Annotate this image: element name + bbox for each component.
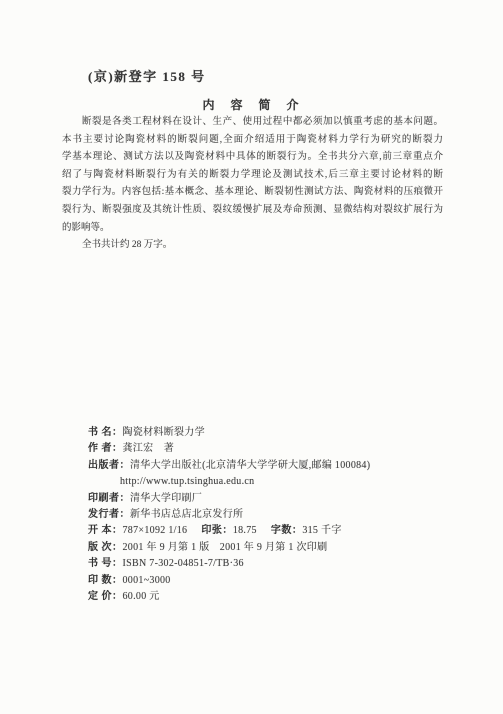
sheets-label: 印张： <box>201 525 233 536</box>
colophon-row-publisher: 出版者：清华大学出版社(北京清华大学学研大厦,邮编 100084) <box>88 458 458 474</box>
intro-line: 的影响等。 <box>62 220 443 238</box>
colophon-row-author: 作 者：龚江宏 著 <box>88 441 458 457</box>
registration-number: (京)新登字 158 号 <box>88 66 206 85</box>
author-name: 龚江宏 著 <box>123 443 175 454</box>
sheets-value: 18.75 <box>233 525 257 536</box>
printer-name: 清华大学印刷厂 <box>130 493 202 504</box>
word-count-label: 字数： <box>271 525 303 536</box>
row-label: 开 本： <box>88 525 123 536</box>
colophon-row-distributor: 发行者：新华书店总店北京发行所 <box>88 507 458 523</box>
publisher-name: 清华大学出版社(北京清华大学学研大厦,邮编 100084) <box>130 460 370 471</box>
intro-line: 学基本理论、测试方法以及陶瓷材料中具体的断裂行为。全书共分六章,前三章重点介 <box>62 149 443 167</box>
colophon-row-print-run: 印 数：0001~3000 <box>88 573 458 589</box>
colophon-row-format: 开 本：787×1092 1/16印张：18.75字数：315 千字 <box>88 523 458 539</box>
book-title: 陶瓷材料断裂力学 <box>123 427 205 438</box>
row-label: 定 价： <box>88 591 123 602</box>
isbn-value: ISBN 7-302-04851-7/TB·36 <box>123 558 244 569</box>
colophon: 书 名：陶瓷材料断裂力学 作 者：龚江宏 著 出版者：清华大学出版社(北京清华大… <box>88 425 458 605</box>
row-label: 作 者： <box>88 443 123 454</box>
colophon-row-isbn: 书 号：ISBN 7-302-04851-7/TB·36 <box>88 556 458 572</box>
colophon-row-title: 书 名：陶瓷材料断裂力学 <box>88 425 458 441</box>
row-label: 版 次： <box>88 542 123 553</box>
intro-line: 绍了与陶瓷材料断裂行为有关的断裂力学理论及测试技术,后三章主要讨论材料的断 <box>62 167 443 185</box>
row-label: 印刷者： <box>88 493 130 504</box>
colophon-row-edition: 版 次：2001 年 9 月第 1 版 2001 年 9 月第 1 次印刷 <box>88 540 458 556</box>
format-value: 787×1092 1/16 <box>123 525 188 536</box>
colophon-row-price: 定 价：60.00 元 <box>88 589 458 605</box>
intro-line: 裂力学行为。内容包括:基本概念、基本理论、断裂韧性测试方法、陶瓷材料的压痕微开 <box>62 184 443 202</box>
row-label: 发行者： <box>88 509 130 520</box>
row-label: 书 名： <box>88 427 123 438</box>
colophon-row-printer: 印刷者：清华大学印刷厂 <box>88 491 458 507</box>
print-run-value: 0001~3000 <box>123 575 171 586</box>
intro-line: 本书主要讨论陶瓷材料的断裂问题,全面介绍适用于陶瓷材料力学行为研究的断裂力 <box>62 132 443 150</box>
book-copyright-page: (京)新登字 158 号 内 容 简 介 断裂是各类工程材料在设计、生产、使用过… <box>0 0 503 714</box>
intro-heading: 内 容 简 介 <box>0 96 503 113</box>
intro-line: 断裂是各类工程材料在设计、生产、使用过程中都必须加以慎重考虑的基本问题。 <box>62 114 443 132</box>
distributor-name: 新华书店总店北京发行所 <box>130 509 243 520</box>
price-value: 60.00 元 <box>123 591 160 602</box>
intro-word-count-line: 全书共计约 28 万字。 <box>62 237 443 255</box>
row-label: 印 数： <box>88 575 123 586</box>
row-label: 书 号： <box>88 558 123 569</box>
intro-line: 裂行为、断裂强度及其统计性质、裂纹缓慢扩展及寿命预测、显微结构对裂纹扩展行为 <box>62 202 443 220</box>
word-count-value: 315 千字 <box>302 525 341 536</box>
colophon-row-url: http://www.tup.tsinghua.edu.cn <box>88 474 458 490</box>
row-label: 出版者： <box>88 460 130 471</box>
publisher-url: http://www.tup.tsinghua.edu.cn <box>120 476 254 487</box>
intro-paragraph: 断裂是各类工程材料在设计、生产、使用过程中都必须加以慎重考虑的基本问题。 本书主… <box>62 114 443 255</box>
edition-value: 2001 年 9 月第 1 版 2001 年 9 月第 1 次印刷 <box>123 542 328 553</box>
